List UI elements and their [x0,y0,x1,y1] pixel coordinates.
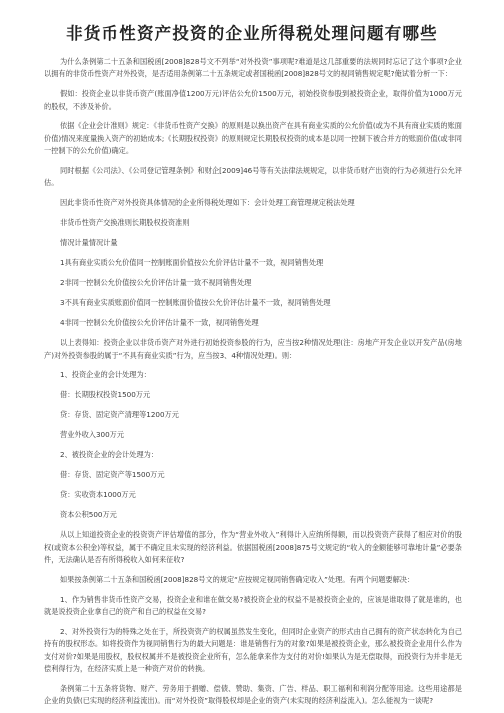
paragraph-debit-long-term-equity: 借：长期股权投资1500万元 [44,389,462,401]
paragraph-case-2: 2非同一控制公允价值按公允价评估计量一致不视同销售处理 [44,277,462,289]
paragraph-capital-reserve: 资本公积500万元 [44,509,462,521]
paragraph-assumption: 假如：投资企业以非货币资产(账面净值1200万元)评估公允价1500万元，初始投… [44,88,462,113]
paragraph-table-standards: 非货币性资产交换准则长期股权投资准则 [44,217,462,229]
document-body: 为什么条例第二十五条和国税函[2008]828号文不列举“对外投资”事项呢?难道… [44,56,462,713]
paragraph-tax-treatment-header: 因此非货币性资产对外投资具体情况的企业所得税处理如下：会计处理工商管理规定税法处… [44,197,462,209]
paragraph-revenue-analysis: 从以上知道投资企业的投资资产评估增值的部分，作为“营业外收入”利得计入应纳所得额… [44,529,462,566]
page-title: 非货币性资产投资的企业所得税处理问题有哪些 [0,20,504,48]
document-page: 非货币性资产投资的企业所得税处理问题有哪些 为什么条例第二十五条和国税函[200… [0,0,504,713]
paragraph-company-law: 同时根据《公司法》、《公司登记管理条例》和财企[2009]46号等有关法律法规规… [44,165,462,190]
paragraph-non-operating-income: 营业外收入300万元 [44,429,462,441]
paragraph-investor-accounting-heading: 1、投资企业的会计处理为： [44,369,462,381]
paragraph-debit-inventory-assets: 借：存货、固定资产等1500万元 [44,469,462,481]
paragraph-accounting-standards: 依据《企业会计准则》规定：《非货币性资产交换》的原则是以换出资产在具有商业实质的… [44,120,462,157]
paragraph-article-25-conclusion: 条例第二十五条将货物、财产、劳务用于捐赠、偿债、赞助、集资、广告、样品、职工福利… [44,683,462,708]
paragraph-table-columns: 情况计量情况计量 [44,237,462,249]
paragraph-two-issues: 如果按条例第二十五条和国税函[2008]828号文的规定“应按规定视同销售确定收… [44,574,462,586]
paragraph-case-4: 4非同一控制公允价值按公允价评估计量不一致，视同销售处理 [44,317,462,329]
paragraph-table-conclusion: 以上表得知：投资企业以非货币资产对外进行初始投资参股的行为，应当按2种情况处理(… [44,337,462,362]
paragraph-issue-2: 2、对外投资行为的特殊之处在于，所投资资产的权属虽然发生变化，但同时企业资产的形… [44,626,462,676]
paragraph-credit-inventory: 贷：存货、固定资产清理等1200万元 [44,409,462,421]
paragraph-case-1: 1具有商业实质公允价值同一控制账面价值按公允价评估计量不一致，视同销售处理 [44,257,462,269]
paragraph-credit-paid-in-capital: 贷：实收资本1000万元 [44,489,462,501]
paragraph-investee-accounting-heading: 2、被投资企业的会计处理为： [44,449,462,461]
paragraph-case-3: 3不具有商业实质账面价值同一控制账面价值按公允价评估计量不一致，视同销售处理 [44,297,462,309]
paragraph-intro-question: 为什么条例第二十五条和国税函[2008]828号文不列举“对外投资”事项呢?难道… [44,56,462,81]
paragraph-issue-1: 1、作为销售非货币性资产交易，投资企业和谁在做交易?被投资企业的权益不是被投资企… [44,594,462,619]
